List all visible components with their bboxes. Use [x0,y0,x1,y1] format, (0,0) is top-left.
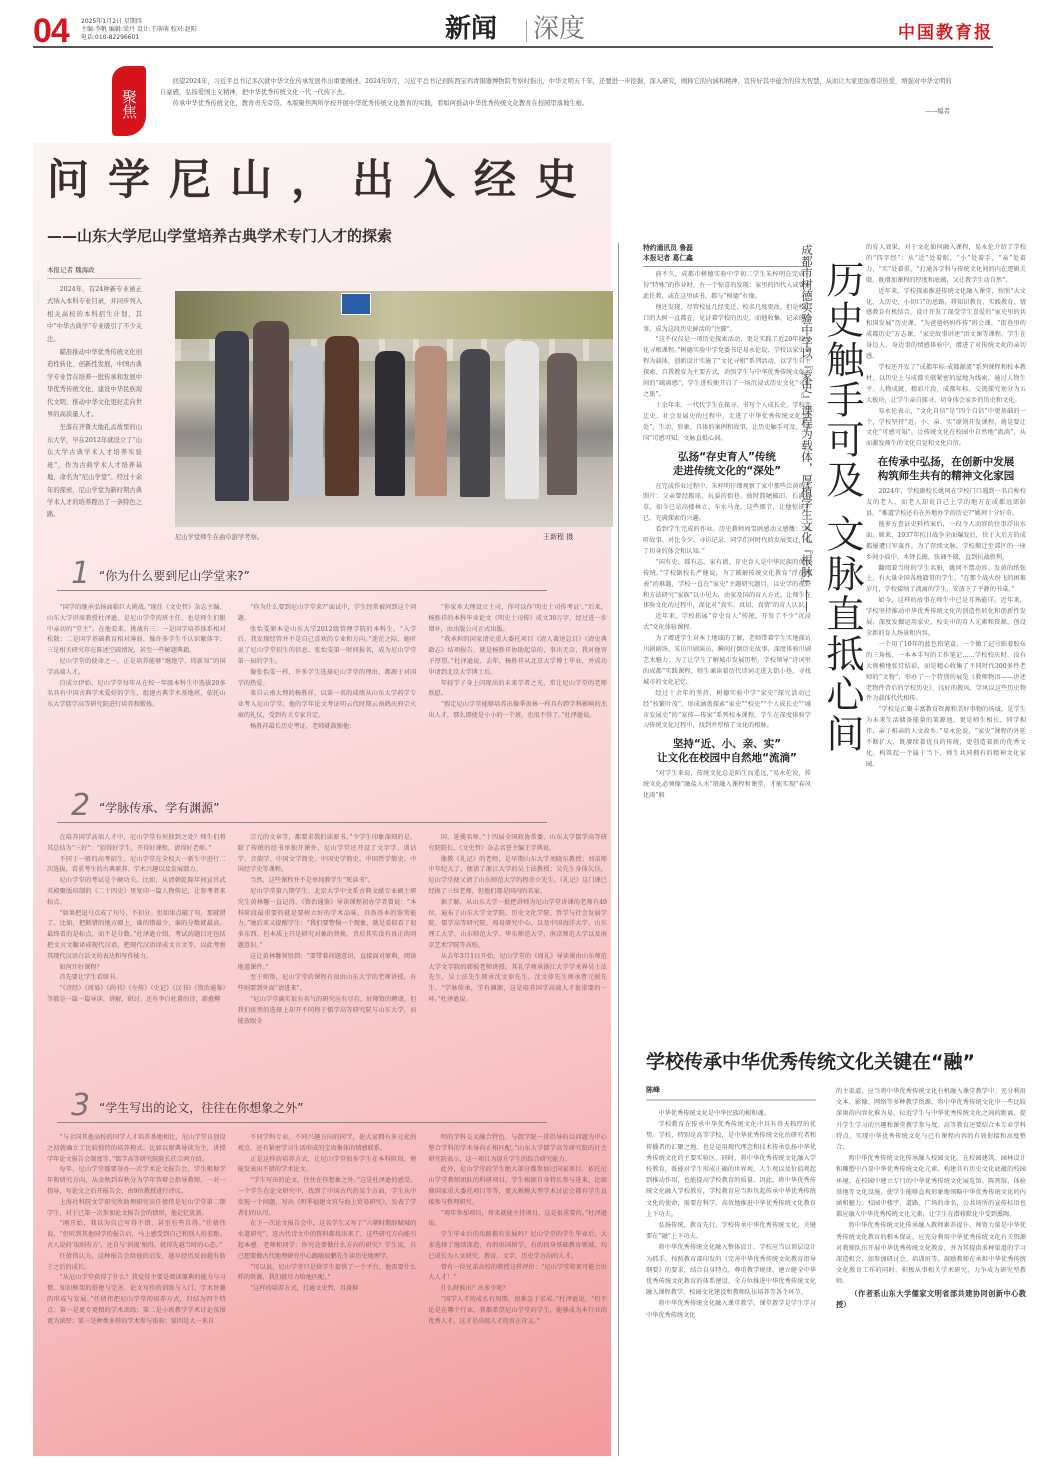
text-column: “国学的继承弘扬面临巨大挑战。”现任《文史哲》杂志主编、山东大学讲席教授杜泽逊，… [47,603,226,733]
third-story-title: 学校传承中华优秀传统文化关键在“融” [646,1050,975,1074]
paragraph: 他还发现，尽管校址几经变迁，校名几度更改，但是校门口的大树一直都在，见证着学校的… [643,303,811,336]
paragraph: 上海社科院文学研究所助理研究员任倩伟是尼山学堂第二期学生，对于已第一次参加论文报… [47,1198,226,1220]
paragraph: “你家乡大理设立土司，你可以作‘明史土司传考证’。”后来，杨胜祥的本科毕业论文《… [428,603,607,635]
page-number: 04 [33,16,69,46]
third-story-column-a: 中华优秀传统文化是中华民族的根和魂。 学校教育在传承中华优秀传统文化中具有得天独… [646,1108,816,1321]
paragraph: “如果把逗号点成了句号，不扣分。但如果点破了句，那就错了。比如，把断错的地方圈上… [47,909,226,963]
paragraph: 明的学科交叉融合特色，与儒学院一贯倡导的以问题为中心整合学科的学术导向正相匹配。… [428,1133,607,1165]
paragraph: “尼山学堂确实很有名气的研究应有尽有，好师资的聘请，但我们依然的选择上却开不同程… [238,995,417,1027]
person-figure [215,331,249,501]
byline-correspondent: 特约通讯员 鲁磊 [643,243,811,253]
second-story-byline: 特约通讯员 鲁磊 本报记者 葛仁鑫 [643,243,811,267]
paragraph: 学校教育在传承中华优秀传统文化中具有得天独厚的优势。学校，特别是高等学校，是中华… [646,1119,816,1220]
paragraph: 当然，这些课程并不是单纯教学生“死读书”。 [238,876,417,887]
paragraph: 十余年来，一代代学生在探寻、书写个人成长史、学校变迁史、社会发展史的过程中，走进… [643,401,811,445]
paragraph: 年轻学子身上闪现出的未来学者之光，常让尼山学堂的老师欣慰。 [428,679,607,701]
paragraph: “从尼山学堂获得了什么？我觉得主要是阅读原典的能力与习惯、知识框架的搭建与完善、… [47,1273,226,1327]
main-story-title: 问学尼山，出入经史 [47,155,596,205]
paragraph: 尼山学堂的考试是个硬功夫。比如，从清朝乾隆年间宣官武英殿聚版印制的《二十四史》里… [47,876,226,908]
paragraph: 像教《礼记》的老师，是早期山东大学刘晓东教授；刘弟师中年纪大了，便请了浙江大学的… [428,855,607,898]
editorial-staff: 主编:李帆 编辑:梁丹 设计:王萌萌 校对:赵阳 [81,26,197,34]
paragraph: 的育人效果。对于文化如何融入课程，易永伦介绍了学校的“四字经”：从“近”处着眼，… [866,243,1026,287]
person-figure [547,353,577,495]
paragraph: 据了解，从山东大学一批把讲师为尼山学堂讲课的老师有49位，遍布了山东大学文学院、… [428,898,607,952]
paragraph: 正是这样的培养方式，让尼山学堂很多学生在本科阶段，便能发表出不错的学术论文。 [238,1155,417,1177]
person-figure [325,336,359,496]
second-story-column-a: 前不久，成都市树德实验中学初二学生朱梓明在完成一份“特殊”的作业时，有一个惊喜的… [643,270,811,802]
second-story-subtitle: 成都市树德实验中学以『家史』课程为载体，厚植学生文化『根脉』—— [800,244,814,612]
editor-signature: ——编者 [925,106,950,115]
text-column: 国，延揽名师。”十四届全国政协常委、山东大学儒学高等研究院院长、《文史哲》杂志名… [428,833,607,1027]
section-number: 2 [71,789,90,823]
paragraph: 2024年，学校副校长姚珂在学校门口遇到一名自称校友的老人，而老人却说自己上学的… [866,487,1026,520]
issue-date: 2025年1月2日 星期四 [81,18,197,26]
photo-caption: 尼山学堂师生在曲阜游学考察。 [175,532,580,541]
paragraph: 将中华优秀传统文化融入课堂教学。课堂教学是学生学习中华优秀传统文化 [646,1298,816,1320]
text-column: 宗元的文章等，都要求我们读原书。”令学生印象深刻的是，除了传统的经书单独开课外，… [238,833,417,1027]
paragraph: “国有史、郡有志、家有谱，存史育人是中华民族的优良传统。”学校副校长严健说，为了… [643,558,811,613]
paragraph: 将中华优秀传统文化融入整体设计。学校应当以顶层设计为抓手，按照教育部印发的《完善… [646,1242,816,1298]
text-column: 明的学科交叉融合特色，与儒学院一贯倡导的以问题为中心整合学科的学术导向正相匹配。… [428,1133,607,1327]
paragraph: 每年，尼山学堂都要举办一次学术论文报告会，学生根据学年和研究方向，从金秋到春秋分… [47,1165,226,1197]
main-story: 问学尼山，出入经史 ——山东大学尼山学堂培养古典学术专门人才的探索 本报记者 魏… [33,143,611,1456]
paragraph: 易永伦表示，“文化自信”是“四个自信”中更基础的一个，学校坚持“近、小、亲、实”… [866,407,1026,451]
section-label: “你为什么要到尼山学堂来?” [99,567,250,584]
section-title: 新闻 [445,14,497,44]
paragraph: 一个用了10年的蓝色铅笔盒、一个做了记号贴着胶布的三角板、一本本手写的工作笔记…… [866,640,1026,705]
paragraph: 近年来，学校探索推进传统文化融入课堂，按照“大文化、大历史、小切口”的思路，将知… [866,287,1026,363]
main-story-intro: 2024年，有24种新专业被正式纳入本科专业目录，并同步列入相关高校的本科招生计… [47,284,142,523]
paragraph: “与全国其他高校的国学人才培养基地相比，尼山学堂自创设之初就确立了比较独特的培养… [47,1133,226,1165]
paragraph: “假定尼山学堂能够培养出像季羡林一样具有跨学科影响的杰出人才，那么即使是小小的一… [428,700,607,722]
person-figure [293,346,323,496]
text-column: “你家乡大理设立土司，你可以作‘明史土司传考证’。”后来，杨胜祥的本科毕业论文《… [428,603,607,733]
paragraph: “观年参加项目，将来就能主持项目，这是很重要的。”杜泽逊说。 [428,1209,607,1231]
paragraph: 的主渠道，应当将中华优秀传统文化有机融入课堂教学中。充分利用文本、影像、网络等多… [836,1086,1026,1153]
paragraph: 如何开好课程？ [47,963,226,974]
section-1-body: “国学的继承弘扬面临巨大挑战。”现任《文史哲》杂志主编、山东大学讲席教授杜泽逊，… [47,603,607,733]
paragraph: 这让黄林馨领悟到：“要带着问题意识，直接面对原典，阅读地道课件。” [238,952,417,974]
paragraph: 从去年3月1日开始，尼山学堂的《周礼》导读课由山东师范大学文学院的韩锐老师讲授。… [428,952,607,1006]
paragraph: 此外，尼山学堂的学生绝大部分都参加过国家项目，依托尼山学堂教师团队的科研项目，学… [428,1165,607,1208]
paragraph: 尼山学堂的使命之一，正是培养能够“继绝学、铸新知”的国学高端人才。 [47,657,226,679]
paragraph: “可以说，尼山学堂只是给学生提供了一个平台，他需要什么样的资源，我们就尽力给他匹… [238,1263,417,1285]
paragraph: “我承担的国家清史重大委托项目《清人著述总目》《清史典籍志》结项报告，就是杨胜祥… [428,635,607,678]
paragraph: 在下一次论文报告会中，这名学生又写了“六朝时期辞赋城的水道研究”，连古代诗文中的… [238,1219,417,1262]
paragraph: 弘扬传统，教育先行。学校传承中华优秀传统文化，关键要在“融”上下功夫。 [646,1220,816,1242]
editor-note-paragraph: 传承中华优秀传统文化，教育责无旁贷。本版聚焦两所学校开展中华优秀传统文化教育的实… [160,98,952,109]
paragraph: 学生毕业后的出路都有发展吗？尼山学堂的学生毕业后，大多选择了继续深造，有的出国留… [428,1230,607,1262]
paragraph: 首先要让学生看原书。 [47,973,226,984]
news-photo [175,291,613,527]
paragraph: 经过十余年的坚持，树德实验中学“家史”探究活动已经“枝繁叶茂”，形成涵盖探索“家… [643,689,811,733]
section-label: “学脉传承、学有渊源” [99,799,219,816]
paragraph: “这不仅仅是一项历史探索活动，更是实践了近20年的文化寻根课程。”树德实验中学党… [643,335,811,400]
column-rule [618,243,619,1456]
intro-paragraph: 2024年，有24种新专业被正式纳入本科专业目录，并同步列入相关高校的本科招生计… [47,284,142,346]
focus-badge: 聚焦 [112,66,146,136]
text-column: 不同学科专业、不同兴趣方向的同学，使大家拥有多元化的观点，还有紧密学习生活形成的… [238,1133,417,1327]
person-figure [505,341,539,499]
subheading: 坚持“近、小、亲、实” 让文化在校园中自然地“流淌” [643,737,811,765]
editor-note-paragraph: 回望2024年，习近平总书记多次就中华文化传承发展作出重要阐述。2024年9月，… [160,76,952,98]
paragraph: 学校还开发了“成都年标·成都源流”系列课程和校本教材，以历史上与成都关联紧密的屋… [866,363,1026,407]
section-heading-2: 2 “学脉传承、学有渊源” [57,793,547,823]
paragraph: 翻阅着当时的学生名册，姚珂不禁动容。发黄的纸张上，有大量全国各地籍贯的学生。“在… [866,564,1026,597]
paragraph: 自成立伊始，尼山学堂每年从在校一年级本科生中选拔20多名具有中国古典学术爱好的学… [47,679,226,711]
section-heading-3: 3 “学生写出的论文，往往在你想象之外” [57,1093,547,1123]
third-story-column-b: 的主渠道，应当将中华优秀传统文化有机融入课堂教学中。充分利用文本、影像、网络等多… [836,1086,1026,1311]
paragraph: “国学的继承弘扬面临巨大挑战。”现任《文史哲》杂志主编、山东大学讲席教授杜泽逊，… [47,603,226,657]
paragraph: “这样的培养方式，打通文史哲，具备鲜 [238,1284,417,1295]
subheading: 在传承中弘扬，在创新中发展 构筑师生共有的精神文化家园 [866,455,1026,483]
paragraph: “对学生来说，传统文化总是陌生而遥远，”易永伦说，传统文化必须像“融盐入水”般融… [643,769,811,802]
contact-phone: 电话:010-82296601 [81,34,197,42]
section-divider [526,20,527,42]
paragraph: 不同学科专业、不同兴趣方向的同学，使大家拥有多元化的观点，还有紧密学习生活形成的… [238,1133,417,1155]
section-3-body: “与全国其他高校的国学人才培养基地相比，尼山学堂自创设之初就确立了比较独特的培养… [47,1133,607,1327]
paragraph: 张怡雯原本是山东大学2012级管理学院的本科生，“入学后，我发现经管并不是自己喜… [238,625,417,668]
section-number: 3 [71,1089,90,1123]
paragraph: 不同于一般的高考招生，尼山学堂在全校大一新生中进行二次选拔，看重考生的古典素养、… [47,855,226,877]
section-subtitle: 深度 [533,14,585,44]
section-number: 1 [71,557,90,591]
masthead: 04 2025年1月2日 星期四 主编:李帆 编辑:梁丹 设计:王萌萌 校对:赵… [33,14,993,48]
newspaper-logo: 中国教育报 [898,18,993,43]
paragraph: 宗元的文章等，都要求我们读原书。”令学生印象深刻的是，除了传统的经书单独开课外，… [238,833,417,876]
paragraph: 来自云南大理的杨胜祥，以第一名的成绩从山东大学药学专业考入尼山学堂。他的学年论文… [238,689,417,721]
warning-sign-in-photo [341,293,371,315]
person-figure [415,346,447,496]
intro-paragraph: 瞄准推动中华优秀传统文化创造性转化、创新性发展，中国古典学专业旨在培养一批传承和… [47,347,142,421]
paragraph: 在培养国学高端人才中，尼山学堂有何独到之处？师生们将其总结为“三好”：“招得好学… [47,833,226,855]
paragraph: 像张怡雯一样，许多学生选择尼山学堂的理由，都源于对国学的热爱。 [238,668,417,690]
text-column: 在培养国学高端人才中，尼山学堂有何独到之处？师生们将其总结为“三好”：“招得好学… [47,833,226,1027]
section-2-body: 在培养国学高端人才中，尼山学堂有何独到之处？师生们将其总结为“三好”：“招得好学… [47,833,607,1027]
paragraph: 为了增进学生对本土地域的了解，老师带着学生实地探访川剧剧场、采访川剧演员，瞬间打… [643,634,811,689]
paragraph: 近年来，学校拓展“存史育人”传统，开发了不少“沉浸式”文化体验课程。 [643,612,811,634]
paragraph: 任倩伟认为，这种报告会给他的启发，越早经历反而越有助于之后的成长。 [47,1252,226,1274]
paragraph: 在完成作业过程中，朱梓明仔细观察了家中那些泛黄的老照片：父亲曾经踢球、玩耍的街巷… [643,482,811,526]
subheading: 弘扬“存史育人”传统 走进传统文化的“深处” [643,450,811,478]
paragraph: 曾有一位兄弟高校的教授这样评价：“尼山学堂将来可能会出大人才！” [428,1263,607,1285]
paragraph: 至于师资，尼山学堂的课程有很由山东大学的老师讲授，有些则要到外面“请进来”。 [238,973,417,995]
intro-paragraph: 坐落在齐鲁大地孔孟故里的山东大学，早在2012年就设立了“山东大学古典学术人才培… [47,422,142,521]
paragraph: 尼山学堂第八期学生、北京大学中文系古典文献专业硕士研究生黄林馨一直记得，《资治通… [238,887,417,952]
main-story-subtitle: ——山东大学尼山学堂培养古典学术专门人才的探索 [47,227,392,245]
text-column: “与全国其他高校的国学人才培养基地相比，尼山学堂自创设之初就确立了比较独特的培养… [47,1133,226,1327]
paragraph: 前不久，成都市树德实验中学初二学生朱梓明在完成一份“特殊”的作业时，有一个惊喜的… [643,270,811,303]
paragraph: 杨胜祥最长历史考证，老师就鼓励他： [238,722,417,733]
paragraph: “学生写出的论文，往往在你想象之外。”这是杜泽逊的感受。一个学生在论文研究中，找… [238,1176,417,1219]
text-column: “你为什么要到尼山学堂来?”面试中，学生经常被问到这个问题。 张怡雯原本是山东大… [238,603,417,733]
byline-reporter: 本报记者 葛仁鑫 [643,253,811,263]
second-story-title: 历史触手可及 文脉直抵心间 [822,260,862,754]
issue-meta: 2025年1月2日 星期四 主编:李帆 编辑:梁丹 设计:王萌萌 校对:赵阳 电… [81,18,197,42]
author-note: （作者系山东大学儒家文明省部共建协同创新中心教授） [836,1288,1026,1311]
paragraph: “你为什么要到尼山学堂来?”面试中，学生经常被问到这个问题。 [238,603,417,625]
paragraph: “刚开始，我以为自己写得不错，甚至有些自得。”任倩伟说，“但听到其他同学的报告后… [47,1219,226,1251]
paragraph: 如今，这样的故事在师生中已是耳熟能详。近年来，学校坚持推动中华优秀传统文化的创造… [866,596,1026,640]
paragraph: 他多方查证史料档案后，一段令人动容的往事浮出水面。原来，1937年抗日战争全面爆… [866,520,1026,564]
paragraph: 将中华优秀传统文化传承融入校园文化。在校园建筑、园林设计和雕塑中凸显中华优秀传统… [836,1153,1026,1220]
paragraph: 看到学生完成的作业，历史教师周雪鸥感动又感慨：“聆听故事、对比今夕、寻访记录，同… [643,525,811,558]
person-figure [375,351,405,496]
person-figure [253,321,289,501]
section-label: “学生写出的论文，往往在你想象之外” [99,1099,303,1116]
main-story-byline: 本报记者 魏海政 [47,265,142,279]
person-figure [460,349,490,497]
paragraph: “《诗经》《周易》《尚书》《左传》《史记》《汉书》《资治通鉴》等都是一篇一篇导读… [47,984,226,1006]
paragraph: 什么时候出？出多少呢？ [428,1284,607,1295]
second-story-column-b: 的育人效果。对于文化如何融入课程，易永伦介绍了学校的“四字经”：从“近”处着眼，… [866,243,1026,771]
editor-note: 回望2024年，习近平总书记多次就中华文化传承发展作出重要阐述。2024年9月，… [160,76,952,109]
third-story-byline: 陈峰 [646,1085,816,1101]
paragraph: 国，延揽名师。”十四届全国政协常委、山东大学儒学高等研究院院长、《文史哲》杂志名… [428,833,607,855]
paragraph: “学校是汇聚丰富教育资源和美好事物的场域，是学生为未来生活储备能量的策源池，更是… [866,705,1026,770]
photo-credit: 王新程 摄 [543,532,573,542]
paragraph: 中华优秀传统文化是中华民族的根和魂。 [646,1108,816,1119]
paragraph: “国学人才的成长有周期，很难急于求成。”杜泽逊说，“但不论是在哪个行业，我都希望… [428,1295,607,1327]
paragraph: 将中华优秀传统文化传承融入教师素养提升。师资力量是中华优秀传统文化教育的根本保证… [836,1220,1026,1287]
section-heading-1: 1 “你为什么要到尼山学堂来?” [57,561,547,591]
